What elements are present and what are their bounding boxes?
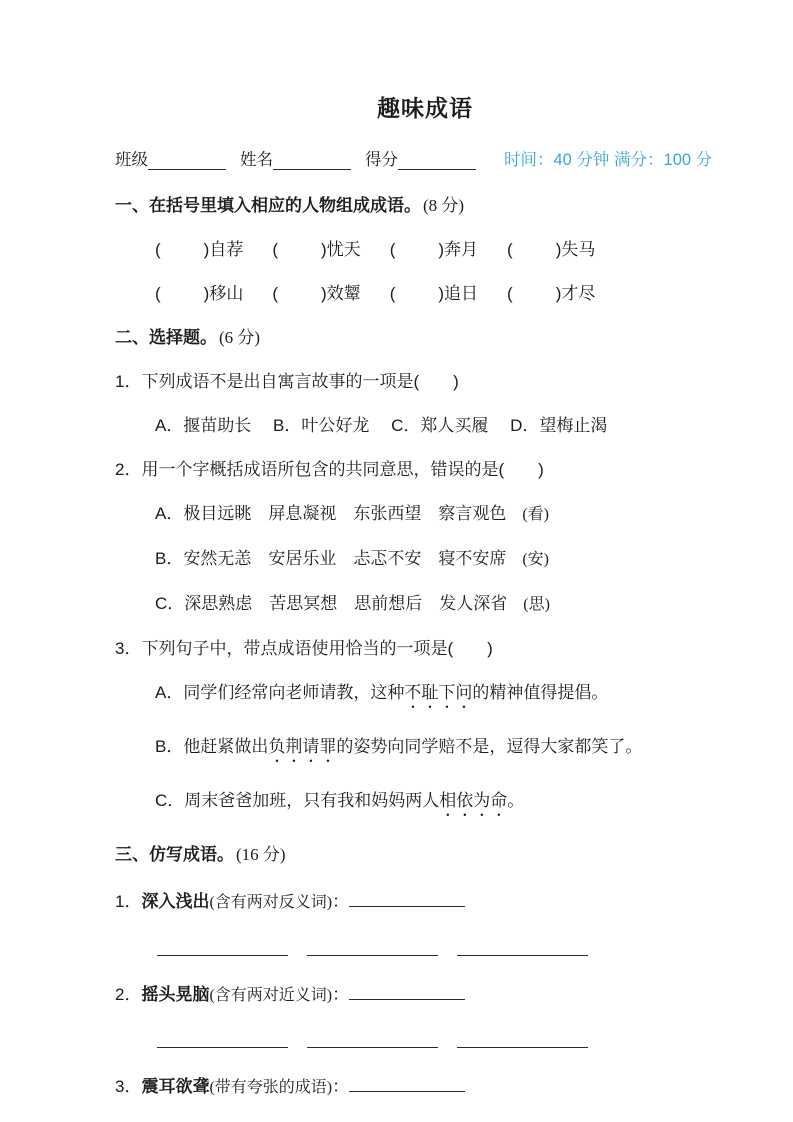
paren-open: (: [507, 240, 513, 260]
item-number: 1．: [115, 892, 141, 911]
section3-heading: 三、仿写成语。(16 分): [115, 845, 735, 864]
fill-item: ()失马: [507, 240, 595, 260]
answer-blank: [457, 938, 588, 956]
class-blank: [148, 153, 226, 170]
answer-blank: [349, 1074, 465, 1092]
answer-blank: [157, 938, 288, 956]
q3-option-a: A．同学们经常向老师请教，这种不耻下问的精神值得提倡。: [115, 683, 735, 712]
answer-blank: [307, 938, 438, 956]
fill-item: ()忧天: [272, 240, 360, 260]
section2-heading-text: 二、选择题。: [115, 328, 217, 347]
paren-open: (: [272, 284, 278, 304]
time-fullscore-info: 时间：40 分钟 满分：100 分: [504, 146, 712, 170]
option-text: 他赶紧做出: [183, 737, 268, 756]
student-info-row: 班级 姓名 得分 时间：40 分钟 满分：100 分: [115, 146, 735, 170]
idiom-tail: 失马: [561, 240, 595, 260]
sample-idiom: 摇头晃脑: [141, 985, 209, 1004]
q2-option-c: C．深思熟虑 苦思冥想 思前想后 发人深省(思): [115, 594, 735, 614]
section1-points: (8 分): [423, 196, 464, 215]
answer-blank: [349, 982, 465, 1000]
sample-idiom: 震耳欲聋: [141, 1077, 209, 1096]
emphasized-idiom: 相依为命: [439, 791, 507, 810]
emphasized-idiom: 不耻下问: [404, 683, 472, 702]
option-text: B．安然无恙 安居乐业 忐忑不安 寝不安席: [155, 549, 506, 568]
section1-row-2: ()移山 ()效颦 ()追日 ()才尽: [115, 284, 735, 304]
section1-heading: 一、在括号里填入相应的人物组成成语。(8 分): [115, 196, 735, 215]
fill-item: ()移山: [155, 284, 243, 304]
item-note: (含有两对近义词): [209, 987, 332, 1004]
worksheet-page: 趣味成语 班级 姓名 得分 时间：40 分钟 满分：100 分 一、在括号里填入…: [0, 0, 793, 1122]
paren-open: (: [390, 240, 396, 260]
answer-hint: (看): [522, 506, 549, 523]
section2-heading: 二、选择题。(6 分): [115, 328, 735, 347]
emphasized-idiom: 负荆请罪: [268, 737, 336, 756]
idiom-tail: 效颦: [327, 284, 361, 304]
item-note: (含有两对反义词): [209, 894, 332, 911]
idiom-tail: 自荐: [209, 240, 243, 260]
idiom-tail: 追日: [444, 284, 478, 304]
q3-stem: 3．下列句子中，带点成语使用恰当的一项是( ): [115, 639, 735, 658]
idiom-tail: 奔月: [444, 240, 478, 260]
answer-blank-row-2: [115, 1031, 735, 1054]
section3-heading-text: 三、仿写成语。: [115, 845, 234, 864]
q3-option-b: B．他赶紧做出负荆请罪的姿势向同学赔不是，逗得大家都笑了。: [115, 737, 735, 766]
fill-item: ()效颦: [272, 284, 360, 304]
section1-row-1: ()自荐 ()忧天 ()奔月 ()失马: [115, 240, 735, 260]
paren-open: (: [507, 284, 513, 304]
section1-heading-text: 一、在括号里填入相应的人物组成成语。: [115, 196, 421, 215]
answer-blank-row-1: [115, 938, 735, 961]
paren-open: (: [155, 284, 161, 304]
section3-points: (16 分): [236, 845, 286, 864]
option-label: B．: [155, 737, 183, 756]
option-text: 同学们经常向老师请教，这种: [183, 683, 404, 702]
fill-item: ()自荐: [155, 240, 243, 260]
answer-hint: (安): [522, 551, 549, 568]
option-text: A．极目远眺 屏息凝视 东张西望 察言观色: [155, 504, 506, 523]
worksheet-title: 趣味成语: [115, 90, 735, 123]
paren-open: (: [390, 284, 396, 304]
q2-option-b: B．安然无恙 安居乐业 忐忑不安 寝不安席(安): [115, 549, 735, 569]
option-label: C．: [155, 791, 184, 810]
fill-item: ()奔月: [390, 240, 478, 260]
item-number: 2．: [115, 985, 141, 1004]
name-label: 姓名: [240, 146, 273, 170]
option-text: 周末爸爸加班，只有我和妈妈两人: [184, 791, 439, 810]
idiom-tail: 移山: [209, 284, 243, 304]
score-blank: [398, 153, 476, 170]
mimic-item-2: 2．摇头晃脑(含有两对近义词)：: [115, 982, 735, 1006]
idiom-tail: 才尽: [561, 284, 595, 304]
answer-blank: [307, 1031, 438, 1049]
q1-stem: 1．下列成语不是出自寓言故事的一项是( ): [115, 372, 735, 391]
option-text: 的姿势向同学赔不是，逗得大家都笑了。: [336, 737, 642, 756]
colon: ：: [332, 892, 349, 911]
class-label: 班级: [115, 146, 148, 170]
option-text: 。: [507, 791, 524, 810]
section2-points: (6 分): [219, 328, 260, 347]
paren-open: (: [272, 240, 278, 260]
score-label: 得分: [365, 146, 398, 170]
paren-open: (: [155, 240, 161, 260]
q3-option-c: C．周末爸爸加班，只有我和妈妈两人相依为命。: [115, 791, 735, 820]
mimic-item-1: 1．深入浅出(含有两对反义词)：: [115, 889, 735, 913]
answer-hint: (思): [523, 596, 550, 613]
fill-item: ()才尽: [507, 284, 595, 304]
idiom-tail: 忧天: [327, 240, 361, 260]
name-blank: [273, 153, 351, 170]
item-number: 3．: [115, 1077, 141, 1096]
option-text: 的精神值得提倡。: [472, 683, 608, 702]
answer-blank: [157, 1031, 288, 1049]
option-label: A．: [155, 683, 183, 702]
mimic-item-3: 3．震耳欲聋(带有夸张的成语)：: [115, 1074, 735, 1098]
q2-stem: 2．用一个字概括成语所包含的共同意思，错误的是( ): [115, 460, 735, 479]
fill-item: ()追日: [390, 284, 478, 304]
sample-idiom: 深入浅出: [141, 892, 209, 911]
q1-options: A．揠苗助长 B．叶公好龙 C．郑人买履 D．望梅止渴: [115, 416, 735, 435]
colon: ：: [332, 1077, 349, 1096]
answer-blank: [457, 1031, 588, 1049]
item-note: (带有夸张的成语): [209, 1079, 332, 1096]
option-text: C．深思熟虑 苦思冥想 思前想后 发人深省: [155, 594, 507, 613]
answer-blank: [349, 889, 465, 907]
colon: ：: [332, 985, 349, 1004]
q2-option-a: A．极目远眺 屏息凝视 东张西望 察言观色(看): [115, 504, 735, 524]
